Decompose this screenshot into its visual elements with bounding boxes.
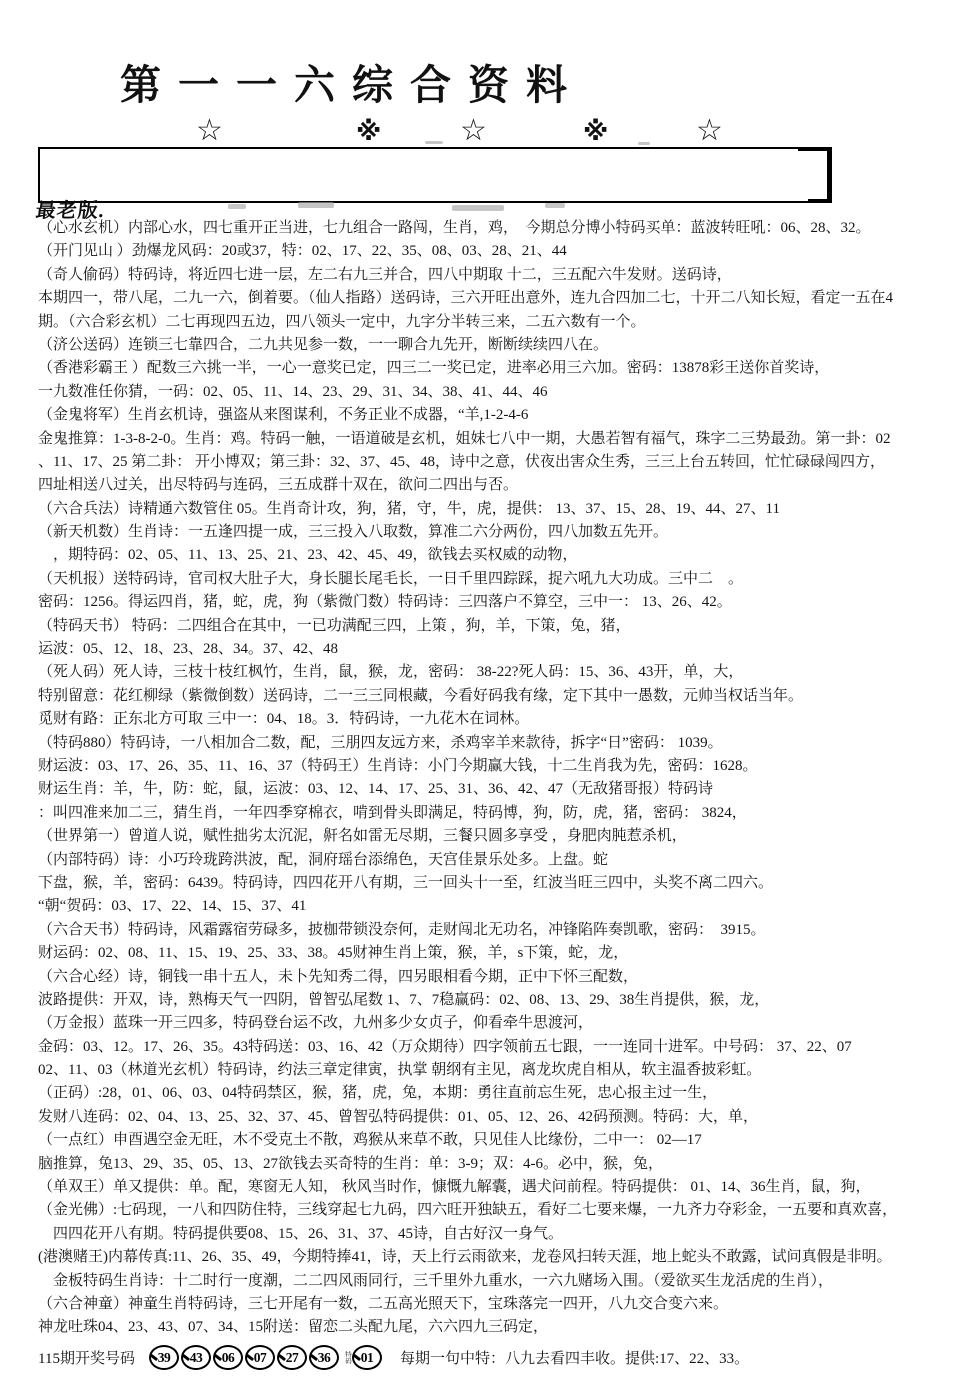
text-line: 四四花开八有期。特码提供要08、15、26、31、37、45诗，自古好汉一身气。 (38, 1223, 976, 1246)
draw-number-ball: 06 (213, 1345, 243, 1370)
text-line: 金码：03、12。17、26、35。43特码送：03、16、42（万众期待）四字… (38, 1036, 976, 1059)
text-line: 脑推算，兔13、29、35、05、13、27欲钱去买奇特的生肖：单：3-9；双：… (38, 1153, 976, 1176)
text-line: （济公送码）连锁三七靠四合，二九共见参一数，一一聊合九先开，断断续续四八在。 (38, 334, 976, 357)
special-number-ball: 01 (352, 1345, 382, 1370)
text-line: （六合心经）诗，铜钱一串十五人，未卜先知秀二得，四另眼相看今期，正中下怀三配数， (38, 966, 976, 989)
text-line: （特码880）特码诗，一八相加合二数，配，三朋四友远方来，杀鸡宰羊来款待，拆字“… (38, 732, 976, 755)
text-line: 下盘，猴，羊，密码：6439。特码诗，四四花开八有期，三一回头十一至，红波当旺三… (38, 872, 976, 895)
text-line: （六合神童）神童生肖特码诗，三七开尾有一数，二五高光照天下，宝珠落完一四开，八九… (38, 1293, 976, 1316)
text-line: 觅财有路：正东北方可取 三中一：04、18。3．特码诗，一九花木在词林。 (38, 708, 976, 731)
text-line: “朝“贺码：03、17、22、14、15、37、41 (38, 895, 976, 918)
text-line: ，期特码：02、05、11、13、25、21、23、42、45、49，欲钱去买权… (38, 544, 976, 567)
special-number-tag: 特码 (342, 1351, 351, 1364)
draw-number-ball: 36 (309, 1345, 339, 1370)
text-line: 运波：05、12、18、23、28、34。37、42、48 (38, 638, 976, 661)
box-corner-mark (808, 199, 832, 203)
text-line: 四址相送八过关，出尽特码与连码，三五成群十双在，欲问二四出与否。 (38, 474, 976, 497)
page-title: 第一一六综合资料 (120, 52, 584, 111)
scan-artifact (298, 202, 334, 208)
text-line: （香港彩霸王 ）配数三六挑一半，一心一意奖已定，四三二一奖已定，进率必用三六加。… (38, 357, 976, 380)
text-line: （金光佛）:七码现，一八和四防住特，三线穿起七九码，四六旺开独缺五，看好二七要来… (38, 1199, 976, 1222)
text-line: （一点红）申酉遇空金无旺，木不受克土不散，鸡猴从来草不敢，只见佳人比缘份，二中一… (38, 1129, 976, 1152)
scan-artifact (638, 142, 650, 145)
text-line: （六合天书）特码诗，风霜露宿劳碌多，披枷带锁没奈何，走财闯北无功名，冲锋陷阵奏凯… (38, 919, 976, 942)
text-line: (港澳赌王)内幕传真:11、26、35、49，今期特捧41，诗，天上行云雨欲来，… (38, 1246, 976, 1269)
text-line: 发财八连码：02、04、13、25、32、37、45、曾智弘特码提供：01、05… (38, 1106, 976, 1129)
star-icon: ☆ (196, 113, 223, 148)
text-line: 密码：1256。得运四肖，猪，蛇，虎，狗（紫微门数）特码诗：三四落户不算空，三中… (38, 591, 976, 614)
text-line: （正码）:28，01、06、03、04特码禁区，猴，猪，虎，兔，本期：勇往直前忘… (38, 1082, 976, 1105)
text-line: 02、11、03（林道光玄机）特码诗，约法三章定律寅，执掌 朝纲有主见，离龙坎虎… (38, 1059, 976, 1082)
body-text: （心水玄机）内部心水，四七重开正当进，七九组合一路闯，生肖，鸡， 今期总分博小特… (38, 217, 976, 1374)
draw-number-ball: 39 (149, 1345, 179, 1370)
draw-number-ball: 07 (245, 1345, 275, 1370)
text-line: （新天机数）生肖诗：一五逢四提一成，三三投入八取数，算准二六分两份，四八加数五先… (38, 521, 976, 544)
draw-row-suffix: 每期一句中特：八九去看四丰收。提供:17、22、33。 (400, 1347, 749, 1368)
text-line: 财运生肖：羊，牛，防：蛇，鼠，运波：03、12、14、17、25、31、36、4… (38, 778, 976, 801)
text-line: 期。（六合彩玄机）二七再现四五边，四八领头一定中，九字分半转三来，二五六数有一个… (38, 311, 976, 334)
text-line: 金鬼推算：1-3-8-2-0。生肖：鸡。特码一触，一语道破是玄机，姐妹七八中一期… (38, 428, 976, 451)
scan-artifact (452, 205, 504, 211)
text-line: （奇人偷码）特码诗，将近四七进一层，左二右九三并合，四八中期取 十二，三五配六牛… (38, 264, 976, 287)
text-line: 一九数准任你猜，一码：02、05、11、14、23、29、31、34、38、41… (38, 381, 976, 404)
scan-artifact (545, 203, 565, 208)
text-line: （金鬼将军）生肖玄机诗，强盗从来图谋利，不务正业不成器，“羊,1-2-4-6 (38, 404, 976, 427)
text-line: （特码天书） 特码：二四组合在其中，一已功满配三四，上策 ，狗，羊，下策，兔，猪… (38, 615, 976, 638)
text-line: ：叫四准来加二三，猜生肖，一年四季穿棉衣，啃到骨头即满足，特码博，狗，防，虎，猪… (38, 802, 976, 825)
scan-artifact (425, 141, 443, 144)
star-icon: ☆ (460, 113, 487, 148)
star-icon: ☆ (696, 113, 723, 148)
text-line: （万金报）蓝珠一开三四多，特码登台运不改，九州多少女贞子，仰看牵牛思渡河， (38, 1012, 976, 1035)
text-line: 波路提供：开双，诗，熟梅天气一四阴，曾智弘尾数 1、7、7稳赢码：02、08、1… (38, 989, 976, 1012)
text-line: 金板特码生肖诗：十二时行一度潮，二二四风雨同行，三千里外九重水，一六九赌场入围。… (38, 1270, 976, 1293)
text-line: 特别留意：花红柳绿（紫微倒数）送码诗，二一三三同根藏，今看好码我有缘，定下其中一… (38, 685, 976, 708)
draw-result-row: 115期开奖号码 394306072736 特码 01 每期一句中特：八九去看四… (38, 1342, 976, 1374)
scan-artifact (228, 204, 246, 209)
text-line: （单双王）单又提供：单。配，寒窗无人知， 秋风当时作，慷慨九解囊，遇犬问前程。特… (38, 1176, 976, 1199)
draw-number-ball: 27 (277, 1345, 307, 1370)
text-line: （开门见山 ）劲爆龙风码：20或37，特：02、17、22、35、08、03、2… (38, 240, 976, 263)
text-line: 财运码：02、08、11、15、19、25、33、38。45财神生肖上策，猴，羊… (38, 942, 976, 965)
reference-mark-icon: ※ (583, 117, 608, 147)
text-line: 本期四一，带八尾，二九一六，倒着要。（仙人指路）送码诗，三六开旺出意外，连九合四… (38, 287, 976, 310)
box-corner-mark (827, 147, 832, 203)
text-line: 财运波：03、17、26、35、11、16、37（特码王）生肖诗：小门今期赢大钱… (38, 755, 976, 778)
text-line: （内部特码）诗：小巧玲珑跨洪波，配，洞府瑶台添绵色，天宫佳景乐处多。上盘。蛇 (38, 849, 976, 872)
text-line: （死人码）死人诗，三枝十枝红枫竹，生肖，鼠，猴，龙，密码： 38-22?死人码：… (38, 661, 976, 684)
text-line: 神龙吐珠04、23、43、07、34、15附送：留恋二头配九尾，六六四九三码定， (38, 1316, 976, 1339)
header-box (38, 147, 832, 203)
text-line: （天机报）送特码诗，官司权大肚子大，身长腿长尾毛长，一日千里四踪踩，捉六吼九大功… (38, 568, 976, 591)
text-line: （世界第一）曾道人说，赋性拙劣太沉泥，鼾名如雷无尽期，三餐只圆多享受 ，身肥肉肫… (38, 825, 976, 848)
draw-number-ball: 43 (181, 1345, 211, 1370)
text-line: （心水玄机）内部心水，四七重开正当进，七九组合一路闯，生肖，鸡， 今期总分博小特… (38, 217, 976, 240)
text-line: 、11、17、25 第二卦： 开小博双；第三卦：32、37、45、48，诗中之意… (38, 451, 976, 474)
scanned-lottery-sheet: 第一一六综合资料 ☆ ※ ☆ ※ ☆ 最老版. （心水玄机）内部心水，四七重开正… (0, 0, 980, 1388)
draw-row-prefix: 115期开奖号码 (38, 1347, 135, 1368)
reference-mark-icon: ※ (356, 117, 381, 147)
text-line: （六合兵法）诗精通六数管住 05。生肖奇计攻，狗，猪，守，牛，虎，提供： 13、… (38, 498, 976, 521)
